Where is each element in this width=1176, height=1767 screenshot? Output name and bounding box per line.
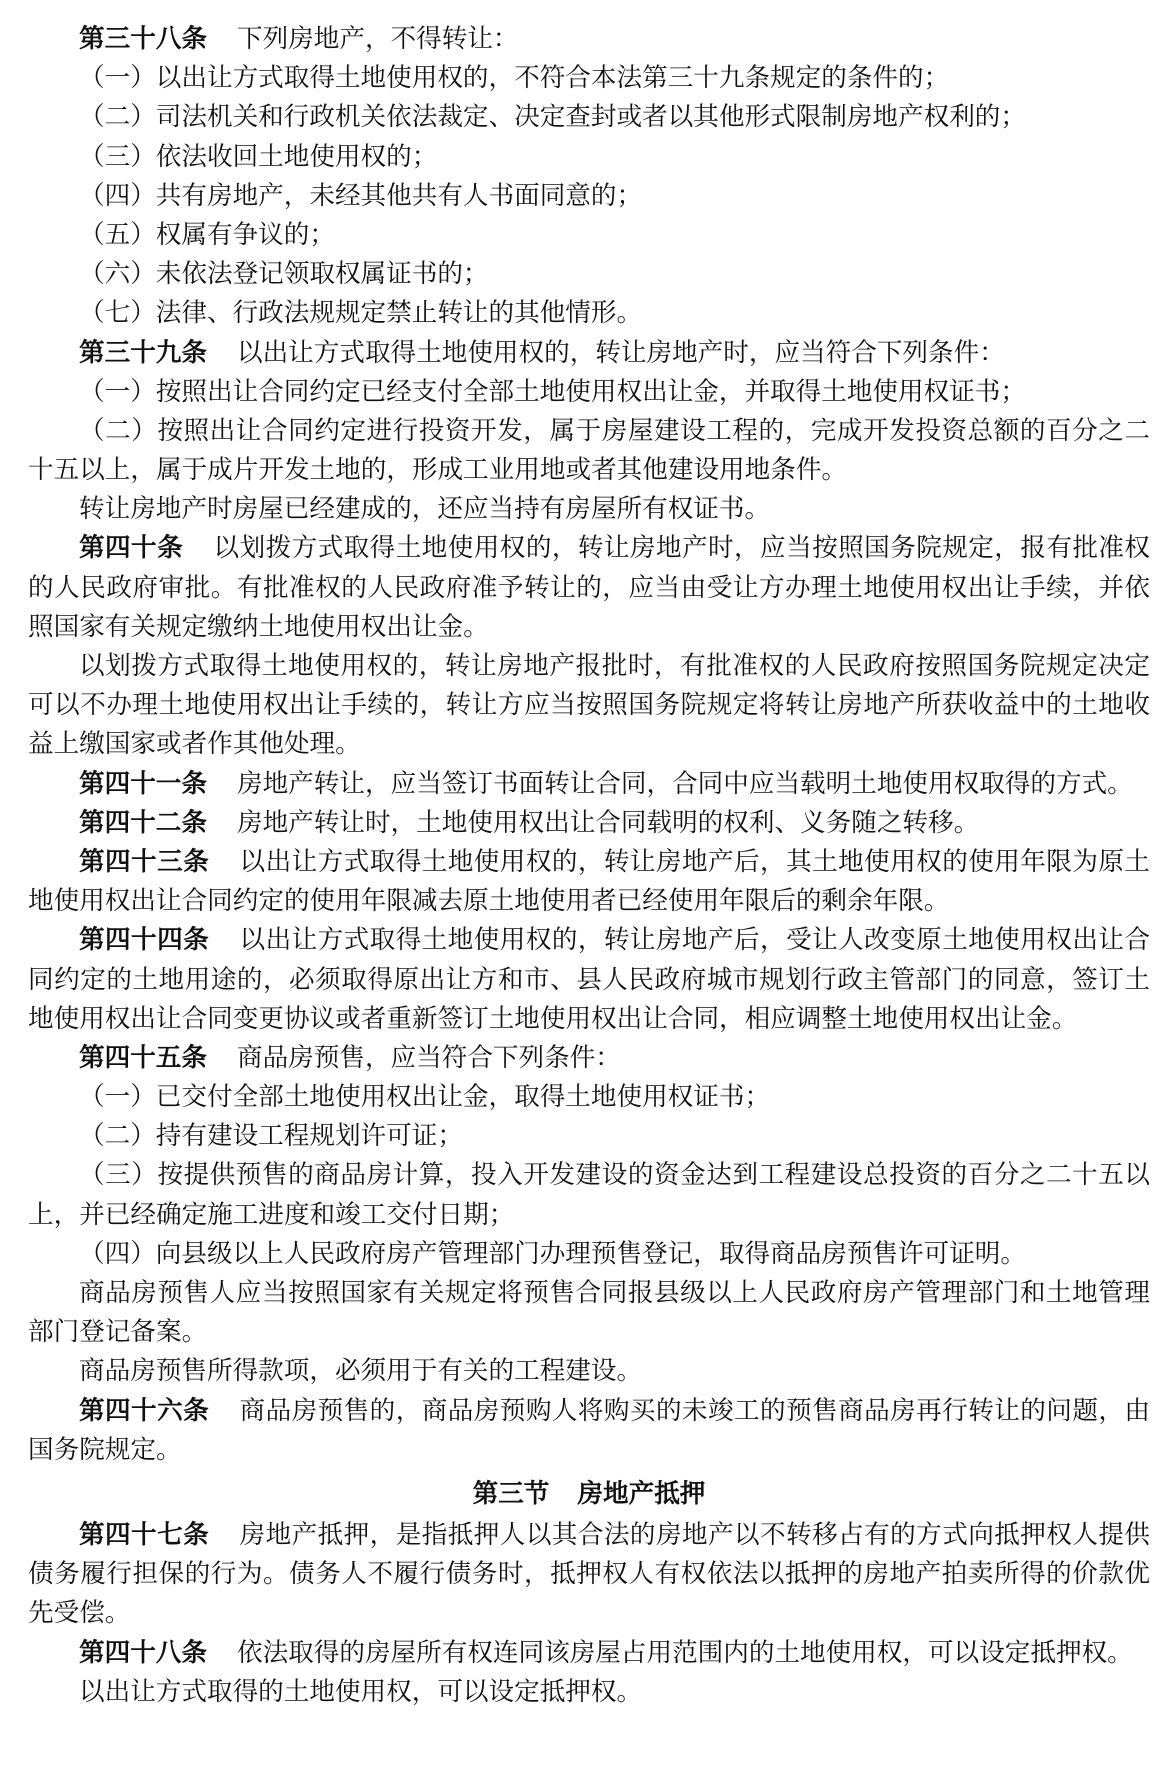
article-40: 第四十条以划拨方式取得土地使用权的，转让房地产时，应当按照国务院规定，报有批准权	[28, 529, 1150, 568]
list-item: （一）已交付全部土地使用权出让金，取得土地使用权证书；	[28, 1078, 1150, 1117]
list-item: （三）依法收回土地使用权的；	[28, 138, 1150, 177]
article-text: 下列房地产，不得转让：	[237, 24, 519, 54]
article-label: 第三十九条	[79, 338, 207, 368]
article-continuation: 国务院规定。	[28, 1431, 1150, 1470]
list-item: （七）法律、行政法规规定禁止转让的其他情形。	[28, 294, 1150, 333]
article-continuation: 照国家有关规定缴纳土地使用权出让金。	[28, 608, 1150, 647]
article-continuation: 地使用权出让合同约定的使用年限减去原土地使用者已经使用年限后的剩余年限。	[28, 882, 1150, 921]
paragraph: 转让房地产时房屋已经建成的，还应当持有房屋所有权证书。	[28, 490, 1150, 529]
article-label: 第三十八条	[79, 24, 207, 54]
article-continuation: 地使用权出让合同变更协议或者重新签订土地使用权出让合同，相应调整土地使用权出让金…	[28, 1000, 1150, 1039]
article-text: 房地产转让，应当签订书面转让合同，合同中应当载明土地使用权取得的方式。	[237, 769, 1133, 799]
article-label: 第四十二条	[79, 808, 207, 838]
article-label: 第四十八条	[79, 1638, 207, 1668]
paragraph: 商品房预售所得款项，必须用于有关的工程建设。	[28, 1352, 1150, 1391]
article-39: 第三十九条以出让方式取得土地使用权的，转让房地产时，应当符合下列条件：	[28, 334, 1150, 373]
article-label: 第四十六条	[79, 1396, 209, 1426]
paragraph: 以出让方式取得的土地使用权，可以设定抵押权。	[28, 1673, 1150, 1712]
list-item: （六）未依法登记领取权属证书的；	[28, 255, 1150, 294]
article-text: 商品房预售的，商品房预购人将购买的未竣工的预售商品房再行转让的问题，由	[239, 1396, 1150, 1426]
document-page: 第三十八条下列房地产，不得转让： （一）以出让方式取得土地使用权的，不符合本法第…	[28, 20, 1150, 1712]
article-46: 第四十六条商品房预售的，商品房预购人将购买的未竣工的预售商品房再行转让的问题，由	[28, 1392, 1150, 1431]
list-item: （四）向县级以上人民政府房产管理部门办理预售登记，取得商品房预售许可证明。	[28, 1235, 1150, 1274]
article-45: 第四十五条商品房预售，应当符合下列条件：	[28, 1039, 1150, 1078]
article-continuation: 同约定的土地用途的，必须取得原出让方和市、县人民政府城市规划行政主管部门的同意，…	[28, 961, 1150, 1000]
list-item: （二）按照出让合同约定进行投资开发，属于房屋建设工程的，完成开发投资总额的百分之…	[28, 412, 1150, 451]
article-label: 第四十条	[79, 533, 183, 563]
article-text: 房地产转让时，土地使用权出让合同载明的权利、义务随之转移。	[237, 808, 979, 838]
article-41: 第四十一条房地产转让，应当签订书面转让合同，合同中应当载明土地使用权取得的方式。	[28, 765, 1150, 804]
article-continuation: 的人民政府审批。有批准权的人民政府准予转让的，应当由受让方办理土地使用权出让手续…	[28, 569, 1150, 608]
paragraph: 以划拨方式取得土地使用权的，转让房地产报批时，有批准权的人民政府按照国务院规定决…	[28, 647, 1150, 686]
article-continuation: 债务履行担保的行为。债务人不履行债务时，抵押权人有权依法以抵押的房地产拍卖所得的…	[28, 1555, 1150, 1594]
article-38: 第三十八条下列房地产，不得转让：	[28, 20, 1150, 59]
article-label: 第四十七条	[79, 1520, 209, 1550]
article-text: 以出让方式取得土地使用权的，转让房地产时，应当符合下列条件：	[237, 338, 1005, 368]
paragraph-continuation: 可以不办理土地使用权出让手续的，转让方应当按照国务院规定将转让房地产所获收益中的…	[28, 686, 1150, 725]
list-item: （一）按照出让合同约定已经支付全部土地使用权出让金，并取得土地使用权证书；	[28, 373, 1150, 412]
article-label: 第四十三条	[79, 847, 209, 877]
article-label: 第四十五条	[79, 1043, 207, 1073]
article-label: 第四十四条	[79, 925, 209, 955]
section-title: 房地产抵押	[577, 1479, 705, 1509]
list-item-continuation: 上，并已经确定施工进度和竣工交付日期；	[28, 1196, 1150, 1235]
list-item: （五）权属有争议的；	[28, 216, 1150, 255]
article-42: 第四十二条房地产转让时，土地使用权出让合同载明的权利、义务随之转移。	[28, 804, 1150, 843]
article-text: 依法取得的房屋所有权连同该房屋占用范围内的土地使用权，可以设定抵押权。	[237, 1638, 1133, 1668]
article-text: 房地产抵押，是指抵押人以其合法的房地产以不转移占有的方式向抵押权人提供	[239, 1520, 1150, 1550]
article-44: 第四十四条以出让方式取得土地使用权的，转让房地产后，受让人改变原土地使用权出让合	[28, 921, 1150, 960]
list-item: （四）共有房地产，未经其他共有人书面同意的；	[28, 177, 1150, 216]
article-text: 以出让方式取得土地使用权的，转让房地产后，其土地使用权的使用年限为原土	[239, 847, 1150, 877]
article-text: 以划拨方式取得土地使用权的，转让房地产时，应当按照国务院规定，报有批准权	[213, 533, 1150, 563]
list-item-continuation: 十五以上，属于成片开发土地的，形成工业用地或者其他建设用地条件。	[28, 451, 1150, 490]
paragraph: 商品房预售人应当按照国家有关规定将预售合同报县级以上人民政府房产管理部门和土地管…	[28, 1274, 1150, 1313]
article-text: 商品房预售，应当符合下列条件：	[237, 1043, 621, 1073]
section-heading: 第三节房地产抵押	[28, 1472, 1150, 1516]
list-item: （二）持有建设工程规划许可证；	[28, 1117, 1150, 1156]
article-48: 第四十八条依法取得的房屋所有权连同该房屋占用范围内的土地使用权，可以设定抵押权。	[28, 1634, 1150, 1673]
article-label: 第四十一条	[79, 769, 207, 799]
article-43: 第四十三条以出让方式取得土地使用权的，转让房地产后，其土地使用权的使用年限为原土	[28, 843, 1150, 882]
section-number: 第三节	[473, 1479, 550, 1509]
article-47: 第四十七条房地产抵押，是指抵押人以其合法的房地产以不转移占有的方式向抵押权人提供	[28, 1516, 1150, 1555]
list-item: （二）司法机关和行政机关依法裁定、决定查封或者以其他形式限制房地产权利的；	[28, 98, 1150, 137]
article-text: 以出让方式取得土地使用权的，转让房地产后，受让人改变原土地使用权出让合	[239, 925, 1150, 955]
article-continuation: 先受偿。	[28, 1594, 1150, 1633]
list-item: （三）按提供预售的商品房计算，投入开发建设的资金达到工程建设总投资的百分之二十五…	[28, 1156, 1150, 1195]
paragraph-continuation: 部门登记备案。	[28, 1313, 1150, 1352]
paragraph-continuation: 益上缴国家或者作其他处理。	[28, 725, 1150, 764]
list-item: （一）以出让方式取得土地使用权的，不符合本法第三十九条规定的条件的；	[28, 59, 1150, 98]
